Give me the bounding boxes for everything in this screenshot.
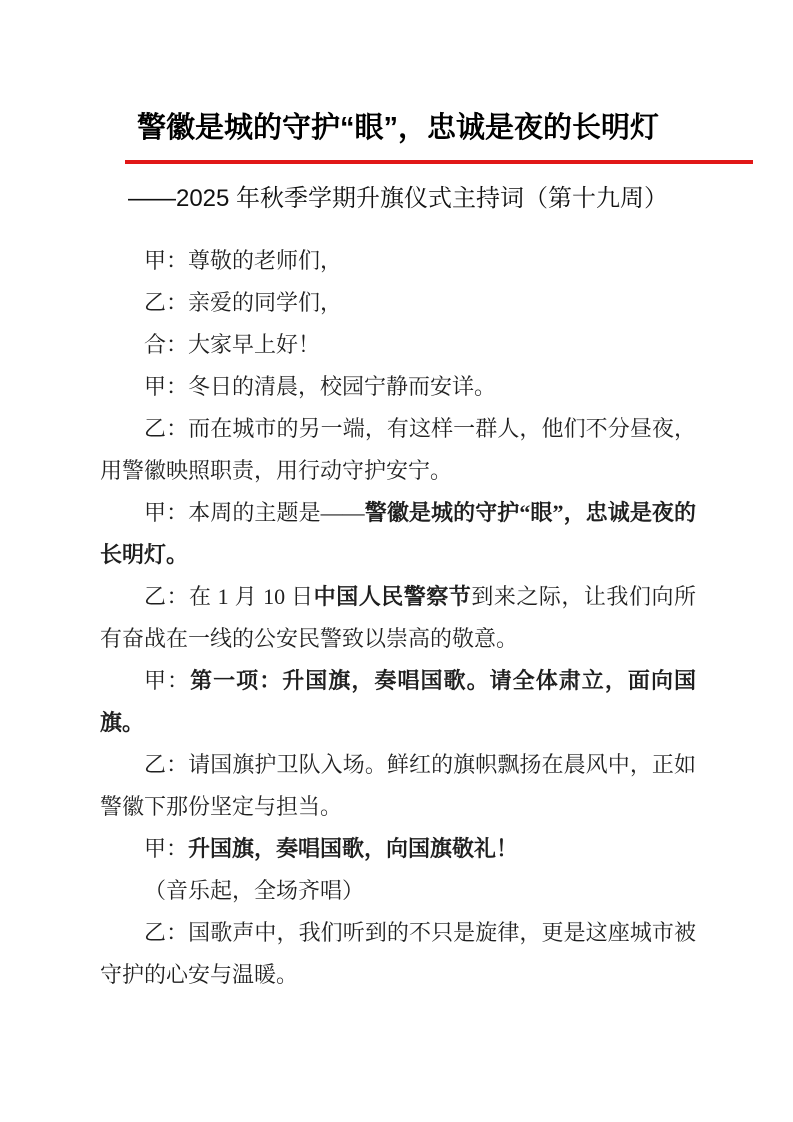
text-run: 甲：: [144, 836, 188, 861]
emphasis-text: 升国旗，奏唱国歌，向国旗敬礼！: [188, 836, 518, 861]
document-page: 警徽是城的守护“眼”，忠诚是夜的长明灯 ——2025 年秋季学期升旗仪式主持词（…: [0, 0, 793, 1122]
text-run: 乙：在 1 月 10 日: [144, 584, 314, 609]
paragraph: 合：大家早上好！: [100, 324, 696, 366]
paragraph: 乙：请国旗护卫队入场。鲜红的旗帜飘扬在晨风中，正如警徽下那份坚定与担当。: [100, 744, 696, 828]
title-underline: [125, 160, 753, 164]
paragraph: 乙：国歌声中，我们听到的不只是旋律，更是这座城市被守护的心安与温暖。: [100, 912, 696, 996]
emphasis-text: 中国人民警察节: [314, 584, 472, 609]
text-run: 甲：冬日的清晨，校园宁静而安详。: [144, 374, 496, 399]
paragraph: （音乐起，全场齐唱）: [100, 870, 696, 912]
text-run: 乙：亲爱的同学们，: [144, 290, 342, 315]
paragraph: 甲：本周的主题是——警徽是城的守护“眼”，忠诚是夜的长明灯。: [100, 492, 696, 576]
document-subtitle: ——2025 年秋季学期升旗仪式主持词（第十九周）: [100, 184, 696, 214]
document-body: 甲：尊敬的老师们，乙：亲爱的同学们，合：大家早上好！甲：冬日的清晨，校园宁静而安…: [100, 240, 696, 996]
paragraph: 甲：升国旗，奏唱国歌，向国旗敬礼！: [100, 828, 696, 870]
paragraph: 乙：在 1 月 10 日中国人民警察节到来之际，让我们向所有奋战在一线的公安民警…: [100, 576, 696, 660]
paragraph: 乙：而在城市的另一端，有这样一群人，他们不分昼夜，用警徽映照职责，用行动守护安宁…: [100, 408, 696, 492]
paragraph: 甲：尊敬的老师们，: [100, 240, 696, 282]
emphasis-text: 第一项：升国旗，奏唱国歌。请全体肃立，面向国旗。: [100, 668, 696, 735]
text-run: 甲：尊敬的老师们，: [144, 248, 342, 273]
text-run: （音乐起，全场齐唱）: [144, 878, 364, 903]
text-run: 乙：请国旗护卫队入场。鲜红的旗帜飘扬在晨风中，正如警徽下那份坚定与担当。: [100, 752, 696, 819]
paragraph: 甲：第一项：升国旗，奏唱国歌。请全体肃立，面向国旗。: [100, 660, 696, 744]
page-title: 警徽是城的守护“眼”，忠诚是夜的长明灯: [100, 110, 696, 146]
text-run: 甲：: [144, 668, 190, 693]
text-run: 乙：国歌声中，我们听到的不只是旋律，更是这座城市被守护的心安与温暖。: [100, 920, 696, 987]
text-run: 乙：而在城市的另一端，有这样一群人，他们不分昼夜，用警徽映照职责，用行动守护安宁…: [100, 416, 696, 483]
text-run: 合：大家早上好！: [144, 332, 320, 357]
text-run: 甲：本周的主题是——: [144, 500, 365, 525]
paragraph: 乙：亲爱的同学们，: [100, 282, 696, 324]
paragraph: 甲：冬日的清晨，校园宁静而安详。: [100, 366, 696, 408]
